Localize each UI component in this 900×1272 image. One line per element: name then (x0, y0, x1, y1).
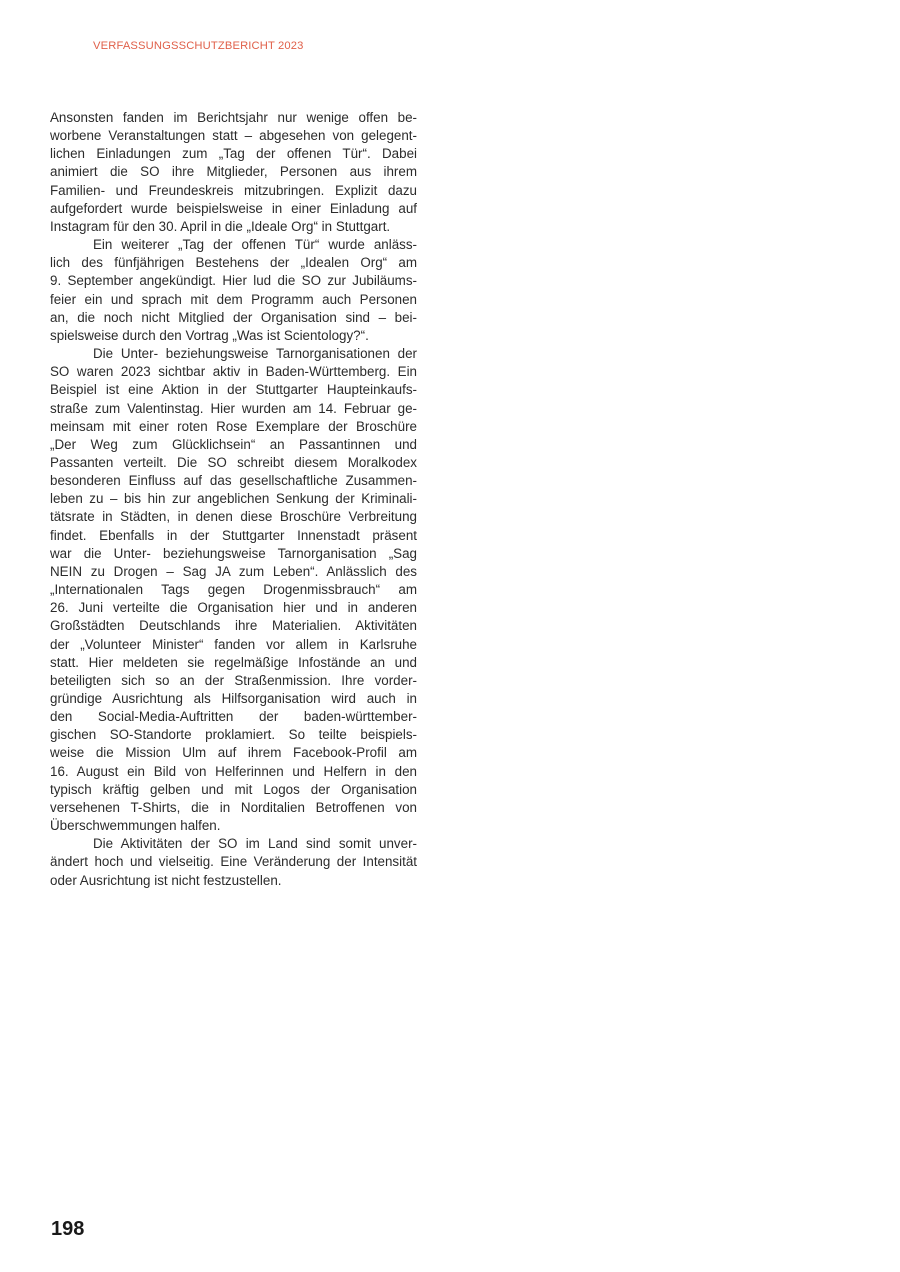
text-line: besonderen Einfluss auf das gesellschaft… (50, 472, 417, 490)
text-line: lichen Einladungen zum „Tag der offenen … (50, 145, 417, 163)
text-line: typisch kräftig gelben und mit Logos der… (50, 781, 417, 799)
text-line: Überschwemmungen halfen. (50, 817, 417, 835)
text-line: der „Volunteer Minister“ fanden vor alle… (50, 636, 417, 654)
text-line: war die Unter- beziehungsweise Tarnorgan… (50, 545, 417, 563)
text-line: spielsweise durch den Vortrag „Was ist S… (50, 327, 417, 345)
text-line: Passanten verteilt. Die SO schreibt dies… (50, 454, 417, 472)
text-line: „Internationalen Tags gegen Drogenmissbr… (50, 581, 417, 599)
text-line: Ansonsten fanden im Berichtsjahr nur wen… (50, 109, 417, 127)
text-line: findet. Ebenfalls in der Stuttgarter Inn… (50, 527, 417, 545)
text-line: oder Ausrichtung ist nicht festzustellen… (50, 872, 417, 890)
text-line: den Social-Media-Auftritten der baden-wü… (50, 708, 417, 726)
text-line: 16. August ein Bild von Helferinnen und … (50, 763, 417, 781)
text-line: ändert hoch und vielseitig. Eine Verände… (50, 853, 417, 871)
text-line: an, die noch nicht Mitglied der Organisa… (50, 309, 417, 327)
text-line: lich des fünfjährigen Bestehens der „Ide… (50, 254, 417, 272)
paragraph: Die Unter- beziehungsweise Tarnorganisat… (50, 345, 417, 835)
text-line: feier ein und sprach mit dem Programm au… (50, 291, 417, 309)
text-line: Beispiel ist eine Aktion in der Stuttgar… (50, 381, 417, 399)
page-number: 198 (51, 1218, 84, 1241)
text-line: Die Aktivitäten der SO im Land sind somi… (50, 835, 417, 853)
body-text-column: Ansonsten fanden im Berichtsjahr nur wen… (50, 109, 417, 890)
paragraph: Ansonsten fanden im Berichtsjahr nur wen… (50, 109, 417, 236)
text-line: Die Unter- beziehungsweise Tarnorganisat… (50, 345, 417, 363)
text-line: leben zu – bis hin zur angeblichen Senku… (50, 490, 417, 508)
text-line: animiert die SO ihre Mitglieder, Persone… (50, 163, 417, 181)
text-line: tätsrate in Städten, in denen diese Bros… (50, 508, 417, 526)
text-line: straße zum Valentinstag. Hier wurden am … (50, 400, 417, 418)
text-line: 26. Juni verteilte die Organisation hier… (50, 599, 417, 617)
text-line: NEIN zu Drogen – Sag JA zum Leben“. Anlä… (50, 563, 417, 581)
text-line: gründige Ausrichtung als Hilfsorganisati… (50, 690, 417, 708)
text-line: worbene Veranstaltungen statt – abgesehe… (50, 127, 417, 145)
text-line: meinsam mit einer roten Rose Exemplare d… (50, 418, 417, 436)
text-line: SO waren 2023 sichtbar aktiv in Baden-Wü… (50, 363, 417, 381)
text-line: Ein weiterer „Tag der offenen Tür“ wurde… (50, 236, 417, 254)
text-line: beteiligten sich so an der Straßenmissio… (50, 672, 417, 690)
text-line: gischen SO-Standorte proklamiert. So tei… (50, 726, 417, 744)
text-line: weise die Mission Ulm auf ihrem Facebook… (50, 744, 417, 762)
paragraph: Ein weiterer „Tag der offenen Tür“ wurde… (50, 236, 417, 345)
text-line: versehenen T-Shirts, die in Norditalien … (50, 799, 417, 817)
text-line: Großstädten Deutschlands ihre Materialie… (50, 617, 417, 635)
paragraph: Die Aktivitäten der SO im Land sind somi… (50, 835, 417, 889)
text-line: „Der Weg zum Glücklichsein“ an Passantin… (50, 436, 417, 454)
running-header: VERFASSUNGSSCHUTZBERICHT 2023 (93, 40, 304, 52)
text-line: statt. Hier meldeten sie regelmäßige Inf… (50, 654, 417, 672)
text-line: aufgefordert wurde beispielsweise in ein… (50, 200, 417, 218)
text-line: Instagram für den 30. April in die „Idea… (50, 218, 417, 236)
text-line: Familien- und Freundeskreis mitzubringen… (50, 182, 417, 200)
text-line: 9. September angekündigt. Hier lud die S… (50, 272, 417, 290)
